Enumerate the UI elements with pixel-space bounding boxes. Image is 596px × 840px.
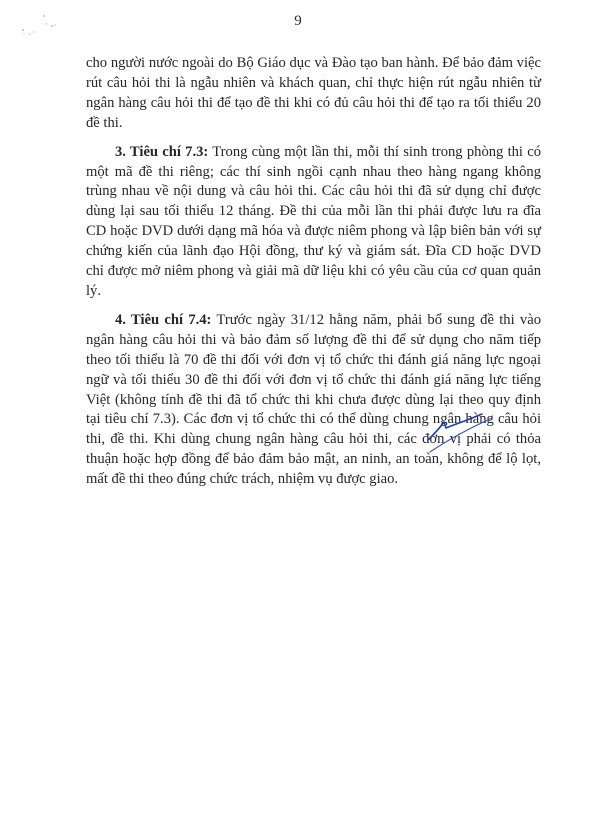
signature-initial	[420, 410, 510, 460]
paragraph-text: Trước ngày 31/12 hằng năm, phải bổ sung …	[86, 312, 541, 487]
page-number: 9	[0, 13, 596, 30]
paragraph-criterion-7-4: 4. Tiêu chí 7.4: Trước ngày 31/12 hằng n…	[86, 311, 541, 490]
criterion-label: 3. Tiêu chí 7.3:	[115, 144, 208, 160]
paragraph-continuation: cho người nước ngoài do Bộ Giáo dục và Đ…	[86, 54, 541, 134]
paragraph-text: Trong cùng một lần thi, mỗi thí sinh tro…	[86, 144, 541, 299]
paragraph-text: cho người nước ngoài do Bộ Giáo dục và Đ…	[86, 55, 541, 131]
paragraph-criterion-7-3: 3. Tiêu chí 7.3: Trong cùng một lần thi,…	[86, 143, 541, 302]
criterion-label: 4. Tiêu chí 7.4:	[115, 312, 211, 328]
